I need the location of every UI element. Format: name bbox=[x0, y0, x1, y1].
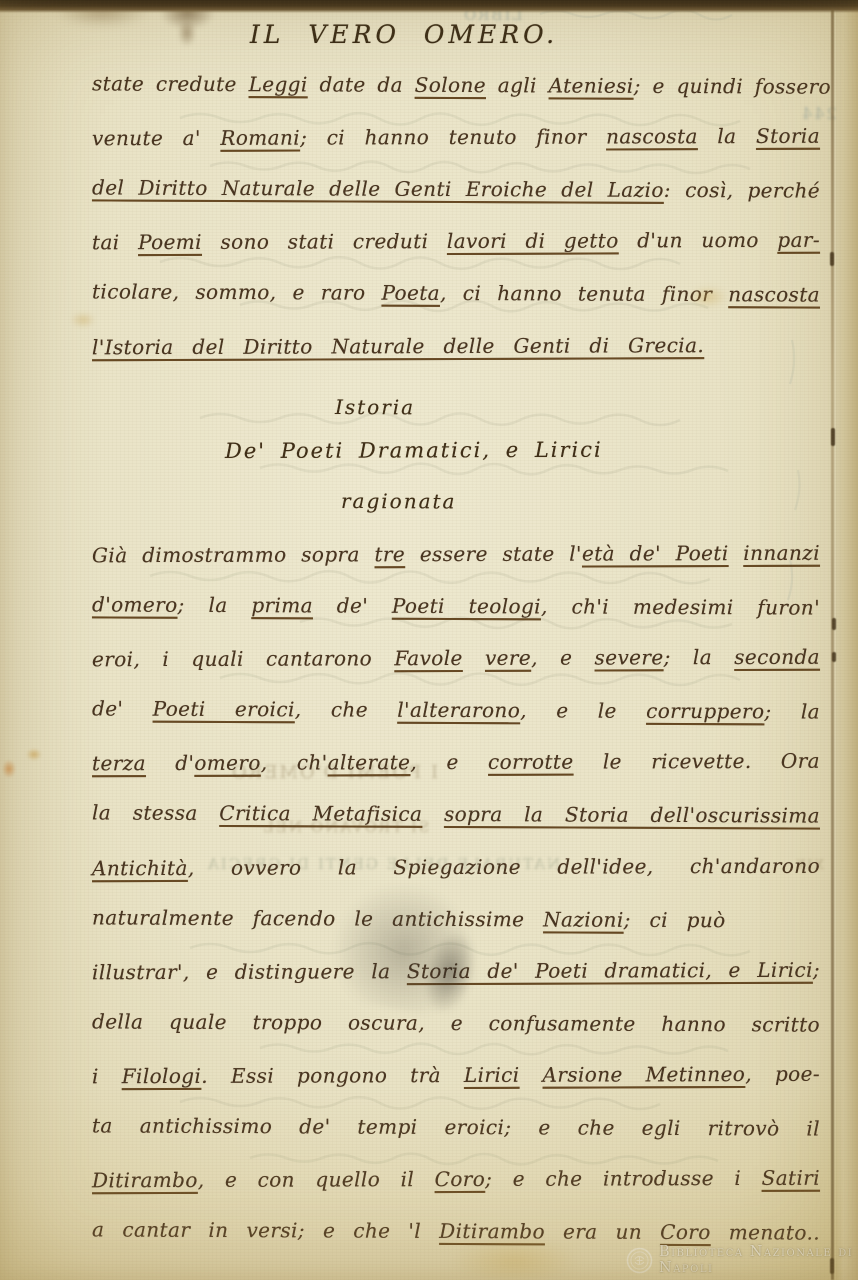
manuscript-line: d'omero; la prima de' Poeti teologi, ch'… bbox=[92, 581, 820, 636]
crease-mark bbox=[830, 252, 834, 266]
section-heading: ragionata bbox=[92, 477, 858, 533]
watermark-text: Biblioteca Nazionale di Napoli bbox=[659, 1244, 858, 1276]
manuscript-line: Ditirambo, e con quello il Coro; e che i… bbox=[92, 1155, 820, 1210]
crease-mark bbox=[832, 618, 836, 630]
binding-crease bbox=[831, 0, 834, 1280]
manuscript-line: terza d'omero, ch'alterate, e corrotte l… bbox=[92, 738, 820, 793]
manuscript-line: i Filologi. Essi pongono trà Lirici Arsi… bbox=[92, 1051, 820, 1106]
manuscript-line: tai Poemi sono stati creduti lavori di g… bbox=[92, 217, 820, 272]
page-top-edge bbox=[0, 0, 858, 13]
manuscript-line: l'Istoria del Diritto Naturale delle Gen… bbox=[92, 321, 820, 376]
manuscript-line: state credute Leggi date da Solone agli … bbox=[92, 60, 820, 115]
manuscript-line: Già dimostrammo sopra tre essere state l… bbox=[92, 530, 820, 585]
bnn-seal-icon bbox=[626, 1247, 653, 1274]
library-watermark: Biblioteca Nazionale di Napoli bbox=[626, 1244, 858, 1276]
manuscript-line: ticolare, sommo, e raro Poeta, ci hanno … bbox=[92, 269, 820, 324]
manuscript-line: del Diritto Naturale delle Genti Eroiche… bbox=[92, 165, 820, 220]
manuscript-line: ta antichissimo de' tempi eroici; e che … bbox=[92, 1102, 820, 1157]
crease-mark bbox=[832, 652, 836, 662]
manuscript-line: eroi, i quali cantarono Favole vere, e s… bbox=[92, 634, 820, 689]
crease-mark bbox=[831, 428, 835, 446]
section-heading: De' Poeti Dramatici, e Lirici bbox=[92, 425, 858, 480]
page-right-edge bbox=[836, 0, 858, 1280]
manuscript-scan-page: LIBRO244I POEMI D'OMEROSI TROVANO NELNAT… bbox=[0, 0, 858, 1280]
page-title: IL VERO OMERO. bbox=[0, 20, 833, 49]
manuscript-line: venute a' Romani; ci hanno tenuto finor … bbox=[92, 113, 820, 168]
manuscript-line: de' Poeti eroici, che l'alterarono, e le… bbox=[92, 686, 820, 741]
manuscript-line: la stessa Critica Metafisica sopra la St… bbox=[92, 790, 820, 845]
